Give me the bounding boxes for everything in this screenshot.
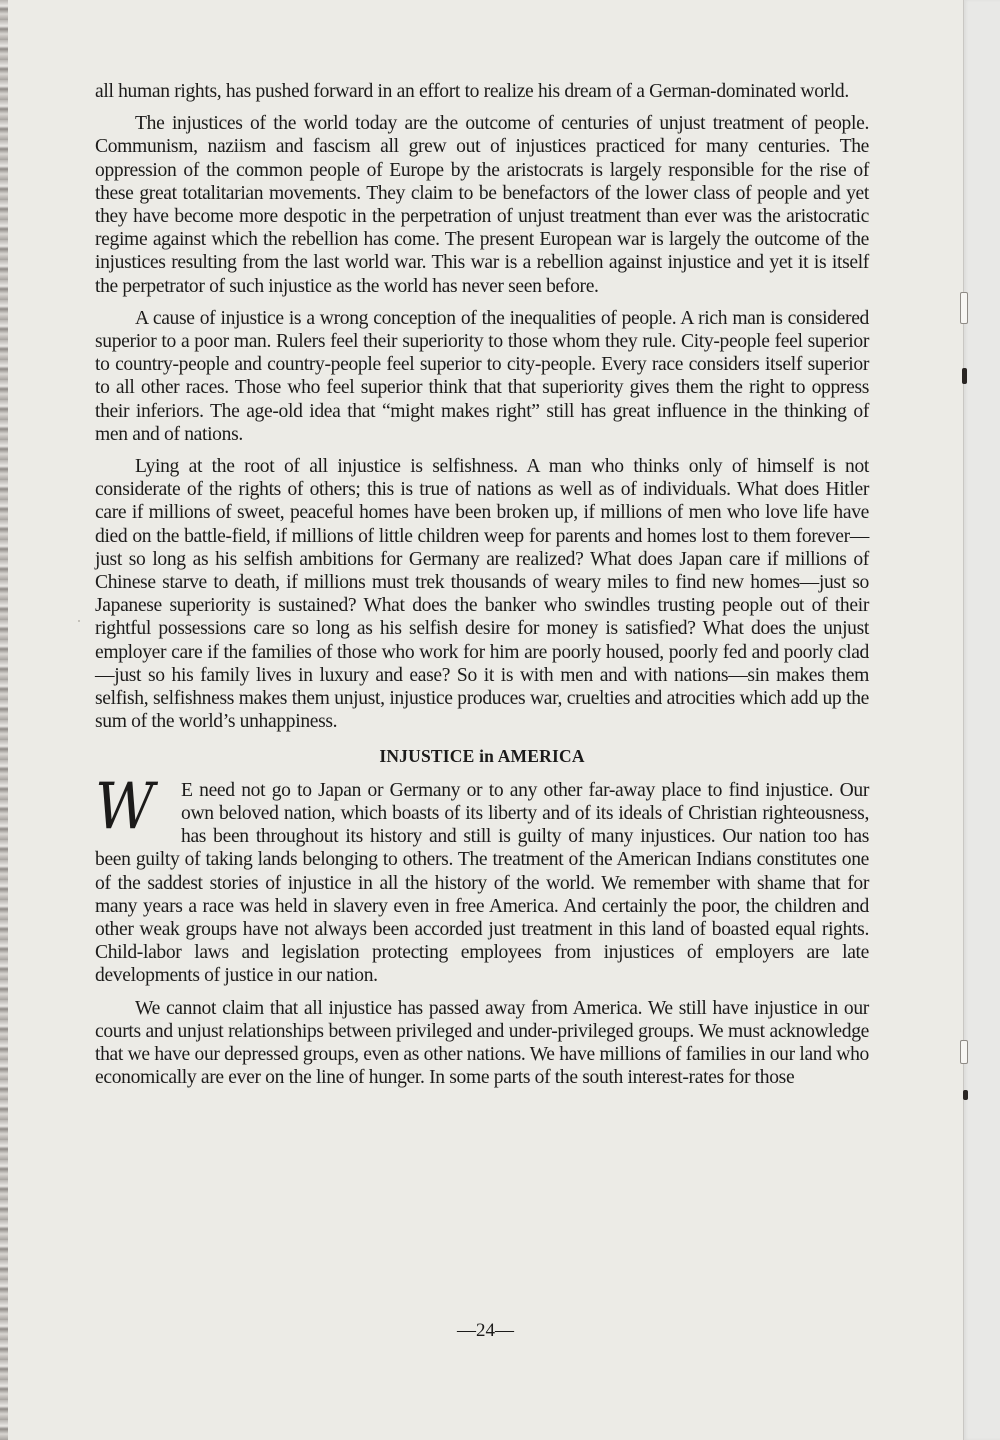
drop-cap-letter: W [95,779,165,835]
paragraph: Lying at the root of all injustice is se… [95,455,869,733]
paragraph: The injustices of the world today are th… [95,112,869,298]
heading-word: in [479,746,494,766]
section-heading: INJUSTICE in AMERICA [95,745,869,768]
section-intro: W E need not go to Japan or Germany or t… [95,779,869,988]
page-tear-mark [962,368,967,384]
paragraph: We cannot claim that all injustice has p… [95,997,869,1090]
page-tear-mark [960,1040,968,1064]
book-binding-edge [0,0,8,1440]
paragraph: all human rights, has pushed forward in … [95,80,869,103]
page-number: —24— [8,1320,963,1342]
page-tear-mark [960,292,968,324]
paragraph: A cause of injustice is a wrong concepti… [95,307,869,446]
adjacent-page-edge [963,0,1000,1440]
heading-word: INJUSTICE [379,746,474,766]
page-tear-mark [963,1090,968,1100]
paragraph: E need not go to Japan or Germany or to … [95,779,869,988]
body-text: all human rights, has pushed forward in … [95,80,869,1098]
paper-speck [78,620,80,622]
heading-word: AMERICA [498,746,585,766]
